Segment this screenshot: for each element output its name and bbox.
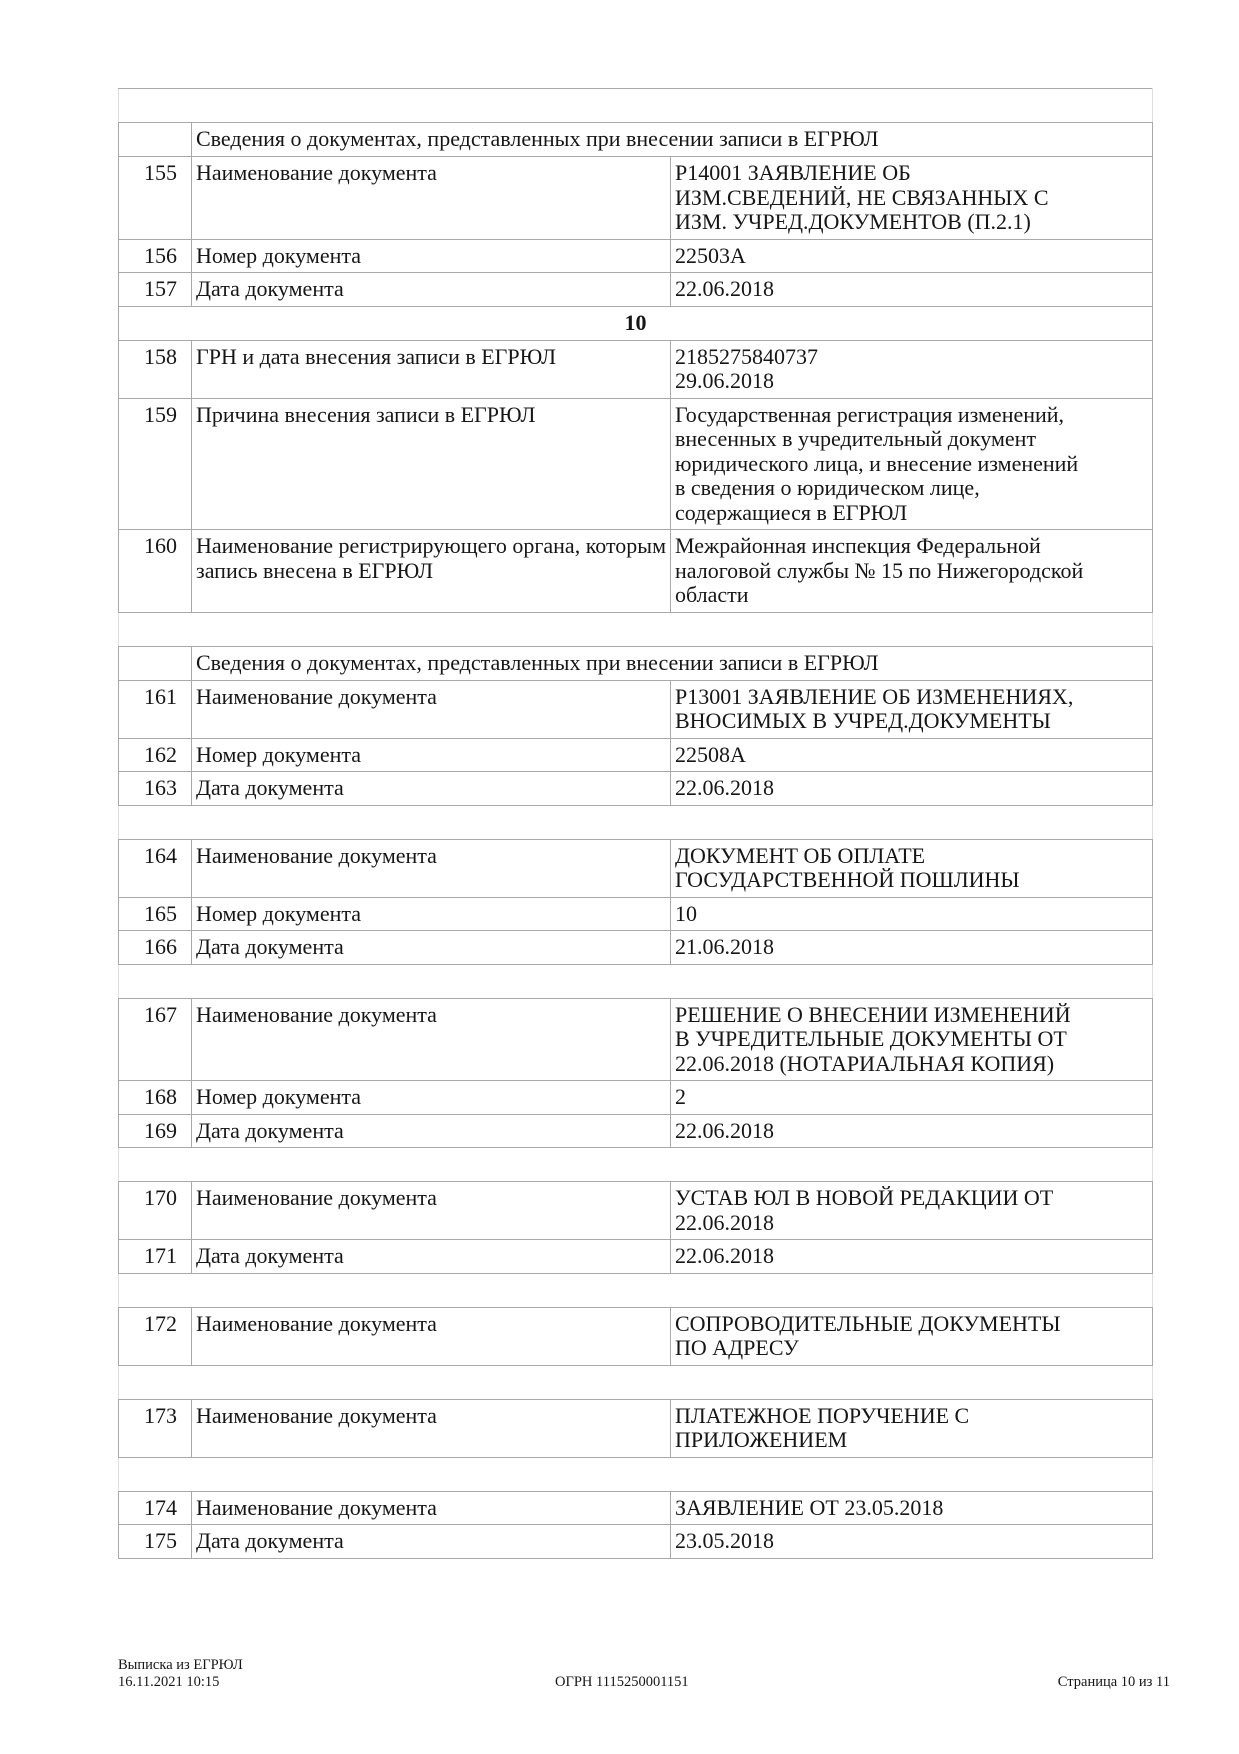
field-value: ДОКУМЕНТ ОБ ОПЛАТЕГОСУДАРСТВЕННОЙ ПОШЛИН…	[671, 839, 1153, 897]
blank-cell	[119, 89, 1153, 123]
blank-cell	[119, 1148, 1153, 1182]
table-row: 173Наименование документаПЛАТЕЖНОЕ ПОРУЧ…	[119, 1399, 1153, 1457]
section-title: Сведения о документах, представленных пр…	[192, 646, 1153, 680]
section-num-cell	[119, 123, 192, 157]
table-row: 157Дата документа22.06.2018	[119, 273, 1153, 307]
blank-cell	[119, 964, 1153, 998]
field-value: Межрайонная инспекция Федеральнойналогов…	[671, 530, 1153, 613]
table-row: 170Наименование документаУСТАВ ЮЛ В НОВО…	[119, 1182, 1153, 1240]
row-number: 160	[119, 530, 192, 613]
field-value: СОПРОВОДИТЕЛЬНЫЕ ДОКУМЕНТЫПО АДРЕСУ	[671, 1307, 1153, 1365]
table-row: 164Наименование документаДОКУМЕНТ ОБ ОПЛ…	[119, 839, 1153, 897]
blank-separator-row	[119, 612, 1153, 646]
section-header-row: Сведения о документах, представленных пр…	[119, 646, 1153, 680]
field-value-line: области	[675, 583, 1148, 608]
row-number: 163	[119, 772, 192, 806]
blank-cell	[119, 1365, 1153, 1399]
table-row: 171Дата документа22.06.2018	[119, 1240, 1153, 1274]
section-title: Сведения о документах, представленных пр…	[192, 123, 1153, 157]
field-value-line: 23.05.2018	[675, 1529, 1148, 1554]
field-value: 218527584073729.06.2018	[671, 340, 1153, 398]
field-value-line: 22.06.2018	[675, 1244, 1148, 1269]
section-header-row: Сведения о документах, представленных пр…	[119, 123, 1153, 157]
field-value-line: Р14001 ЗАЯВЛЕНИЕ ОБ	[675, 161, 1148, 186]
table-row: 175Дата документа23.05.2018	[119, 1525, 1153, 1559]
field-value: 22503А	[671, 239, 1153, 273]
row-number: 172	[119, 1307, 192, 1365]
row-number: 169	[119, 1114, 192, 1148]
field-value: Р14001 ЗАЯВЛЕНИЕ ОБИЗМ.СВЕДЕНИЙ, НЕ СВЯЗ…	[671, 157, 1153, 240]
blank-cell	[119, 1273, 1153, 1307]
table-row: 161Наименование документаР13001 ЗАЯВЛЕНИ…	[119, 680, 1153, 738]
record-number-row: 10	[119, 306, 1153, 340]
table-row: 168Номер документа2	[119, 1081, 1153, 1115]
row-number: 157	[119, 273, 192, 307]
field-value-line: ГОСУДАРСТВЕННОЙ ПОШЛИНЫ	[675, 868, 1148, 893]
field-value-line: 22.06.2018	[675, 277, 1148, 302]
field-value: 10	[671, 897, 1153, 931]
row-number: 168	[119, 1081, 192, 1115]
table-row: 155Наименование документаР14001 ЗАЯВЛЕНИ…	[119, 157, 1153, 240]
field-value-line: 10	[675, 902, 1148, 927]
blank-separator-row	[119, 1365, 1153, 1399]
field-label: Наименование документа	[192, 1399, 671, 1457]
blank-separator-row	[119, 1273, 1153, 1307]
field-value-line: 2185275840737	[675, 345, 1148, 370]
field-value-line: налоговой службы № 15 по Нижегородской	[675, 559, 1148, 584]
field-label: Наименование регистрирующего органа, кот…	[192, 530, 671, 613]
field-label: Дата документа	[192, 1240, 671, 1274]
field-value-line: Государственная регистрация изменений,	[675, 403, 1148, 428]
field-label: Номер документа	[192, 738, 671, 772]
field-label: Номер документа	[192, 1081, 671, 1115]
field-label: Причина внесения записи в ЕГРЮЛ	[192, 398, 671, 530]
blank-cell	[119, 612, 1153, 646]
row-number: 167	[119, 998, 192, 1081]
field-label: Наименование документа	[192, 680, 671, 738]
row-number: 164	[119, 839, 192, 897]
field-value-line: ЗАЯВЛЕНИЕ ОТ 23.05.2018	[675, 1496, 1148, 1521]
table-row: 165Номер документа10	[119, 897, 1153, 931]
field-label: Дата документа	[192, 931, 671, 965]
row-number: 174	[119, 1491, 192, 1525]
field-value-line: 22503А	[675, 244, 1148, 269]
field-value-line: ПО АДРЕСУ	[675, 1336, 1148, 1361]
table-row: 167Наименование документаРЕШЕНИЕ О ВНЕСЕ…	[119, 998, 1153, 1081]
field-value-line: юридического лица, и внесение изменений	[675, 452, 1148, 477]
field-value-line: 22.06.2018	[675, 1119, 1148, 1144]
field-value: 22.06.2018	[671, 772, 1153, 806]
section-num-cell	[119, 646, 192, 680]
field-value-line: ПЛАТЕЖНОЕ ПОРУЧЕНИЕ С	[675, 1404, 1148, 1429]
field-value-line: В УЧРЕДИТЕЛЬНЫЕ ДОКУМЕНТЫ ОТ	[675, 1027, 1148, 1052]
field-value-line: УСТАВ ЮЛ В НОВОЙ РЕДАКЦИИ ОТ	[675, 1186, 1148, 1211]
field-label: Наименование документа	[192, 839, 671, 897]
row-number: 161	[119, 680, 192, 738]
field-value-line: 22.06.2018	[675, 1211, 1148, 1236]
egrul-records-table: Сведения о документах, представленных пр…	[118, 88, 1153, 1559]
footer-datetime: 16.11.2021 10:15	[118, 1674, 243, 1691]
field-value-line: 21.06.2018	[675, 935, 1148, 960]
table-row: 162Номер документа22508А	[119, 738, 1153, 772]
row-number: 162	[119, 738, 192, 772]
row-number: 166	[119, 931, 192, 965]
field-value-line: в сведения о юридическом лице,	[675, 476, 1148, 501]
table-row: 163Дата документа22.06.2018	[119, 772, 1153, 806]
blank-separator-row	[119, 89, 1153, 123]
field-value-line: содержащиеся в ЕГРЮЛ	[675, 501, 1148, 526]
table-row: 158ГРН и дата внесения записи в ЕГРЮЛ218…	[119, 340, 1153, 398]
field-value: 22508А	[671, 738, 1153, 772]
field-value: 22.06.2018	[671, 1240, 1153, 1274]
row-number: 171	[119, 1240, 192, 1274]
table-row: 156Номер документа22503А	[119, 239, 1153, 273]
field-value: РЕШЕНИЕ О ВНЕСЕНИИ ИЗМЕНЕНИЙВ УЧРЕДИТЕЛЬ…	[671, 998, 1153, 1081]
field-value: 23.05.2018	[671, 1525, 1153, 1559]
table-row: 159Причина внесения записи в ЕГРЮЛГосуда…	[119, 398, 1153, 530]
field-value-line: Межрайонная инспекция Федеральной	[675, 534, 1148, 559]
field-label: Номер документа	[192, 897, 671, 931]
footer-ogrn: ОГРН 1115250001151	[555, 1674, 689, 1691]
field-value-line: ИЗМ.СВЕДЕНИЙ, НЕ СВЯЗАННЫХ С	[675, 186, 1148, 211]
field-value-line: ДОКУМЕНТ ОБ ОПЛАТЕ	[675, 844, 1148, 869]
field-label: Наименование документа	[192, 998, 671, 1081]
table-row: 172Наименование документаСОПРОВОДИТЕЛЬНЫ…	[119, 1307, 1153, 1365]
table-row: 169Дата документа22.06.2018	[119, 1114, 1153, 1148]
field-value-line: Р13001 ЗАЯВЛЕНИЕ ОБ ИЗМЕНЕНИЯХ,	[675, 685, 1148, 710]
field-value-line: 22.06.2018 (НОТАРИАЛЬНАЯ КОПИЯ)	[675, 1052, 1148, 1077]
row-number: 170	[119, 1182, 192, 1240]
field-label: Дата документа	[192, 772, 671, 806]
field-value: ПЛАТЕЖНОЕ ПОРУЧЕНИЕ СПРИЛОЖЕНИЕМ	[671, 1399, 1153, 1457]
field-value-line: 2	[675, 1085, 1148, 1110]
footer-page-number: Страница 10 из 11	[1058, 1674, 1170, 1691]
blank-cell	[119, 1457, 1153, 1491]
blank-separator-row	[119, 964, 1153, 998]
field-value: 21.06.2018	[671, 931, 1153, 965]
field-label: Наименование документа	[192, 157, 671, 240]
row-number: 156	[119, 239, 192, 273]
field-label: Номер документа	[192, 239, 671, 273]
row-number: 159	[119, 398, 192, 530]
field-value: УСТАВ ЮЛ В НОВОЙ РЕДАКЦИИ ОТ22.06.2018	[671, 1182, 1153, 1240]
table-row: 166Дата документа21.06.2018	[119, 931, 1153, 965]
field-value: Государственная регистрация изменений,вн…	[671, 398, 1153, 530]
field-value-line: 22508А	[675, 743, 1148, 768]
blank-separator-row	[119, 805, 1153, 839]
field-value-line: ИЗМ. УЧРЕД.ДОКУМЕНТОВ (П.2.1)	[675, 210, 1148, 235]
field-label: Наименование документа	[192, 1182, 671, 1240]
field-value-line: 29.06.2018	[675, 369, 1148, 394]
field-label: Наименование документа	[192, 1307, 671, 1365]
row-number: 173	[119, 1399, 192, 1457]
blank-cell	[119, 805, 1153, 839]
table-body: Сведения о документах, представленных пр…	[119, 89, 1153, 1559]
row-number: 155	[119, 157, 192, 240]
field-label: Дата документа	[192, 273, 671, 307]
field-value-line: 22.06.2018	[675, 776, 1148, 801]
field-label: ГРН и дата внесения записи в ЕГРЮЛ	[192, 340, 671, 398]
record-number: 10	[119, 306, 1153, 340]
blank-separator-row	[119, 1457, 1153, 1491]
footer-left: Выписка из ЕГРЮЛ 16.11.2021 10:15	[118, 1657, 243, 1690]
field-value-line: ВНОСИМЫХ В УЧРЕД.ДОКУМЕНТЫ	[675, 709, 1148, 734]
field-value: 22.06.2018	[671, 1114, 1153, 1148]
row-number: 175	[119, 1525, 192, 1559]
field-value-line: РЕШЕНИЕ О ВНЕСЕНИИ ИЗМЕНЕНИЙ	[675, 1003, 1148, 1028]
field-label: Наименование документа	[192, 1491, 671, 1525]
table-row: 160Наименование регистрирующего органа, …	[119, 530, 1153, 613]
row-number: 165	[119, 897, 192, 931]
row-number: 158	[119, 340, 192, 398]
blank-separator-row	[119, 1148, 1153, 1182]
table-row: 174Наименование документаЗАЯВЛЕНИЕ ОТ 23…	[119, 1491, 1153, 1525]
footer-doc-title: Выписка из ЕГРЮЛ	[118, 1657, 243, 1674]
field-value: ЗАЯВЛЕНИЕ ОТ 23.05.2018	[671, 1491, 1153, 1525]
field-value: 22.06.2018	[671, 273, 1153, 307]
field-value: Р13001 ЗАЯВЛЕНИЕ ОБ ИЗМЕНЕНИЯХ,ВНОСИМЫХ …	[671, 680, 1153, 738]
field-value-line: СОПРОВОДИТЕЛЬНЫЕ ДОКУМЕНТЫ	[675, 1312, 1148, 1337]
field-value: 2	[671, 1081, 1153, 1115]
field-label: Дата документа	[192, 1114, 671, 1148]
field-value-line: ПРИЛОЖЕНИЕМ	[675, 1428, 1148, 1453]
field-label: Дата документа	[192, 1525, 671, 1559]
field-value-line: внесенных в учредительный документ	[675, 427, 1148, 452]
